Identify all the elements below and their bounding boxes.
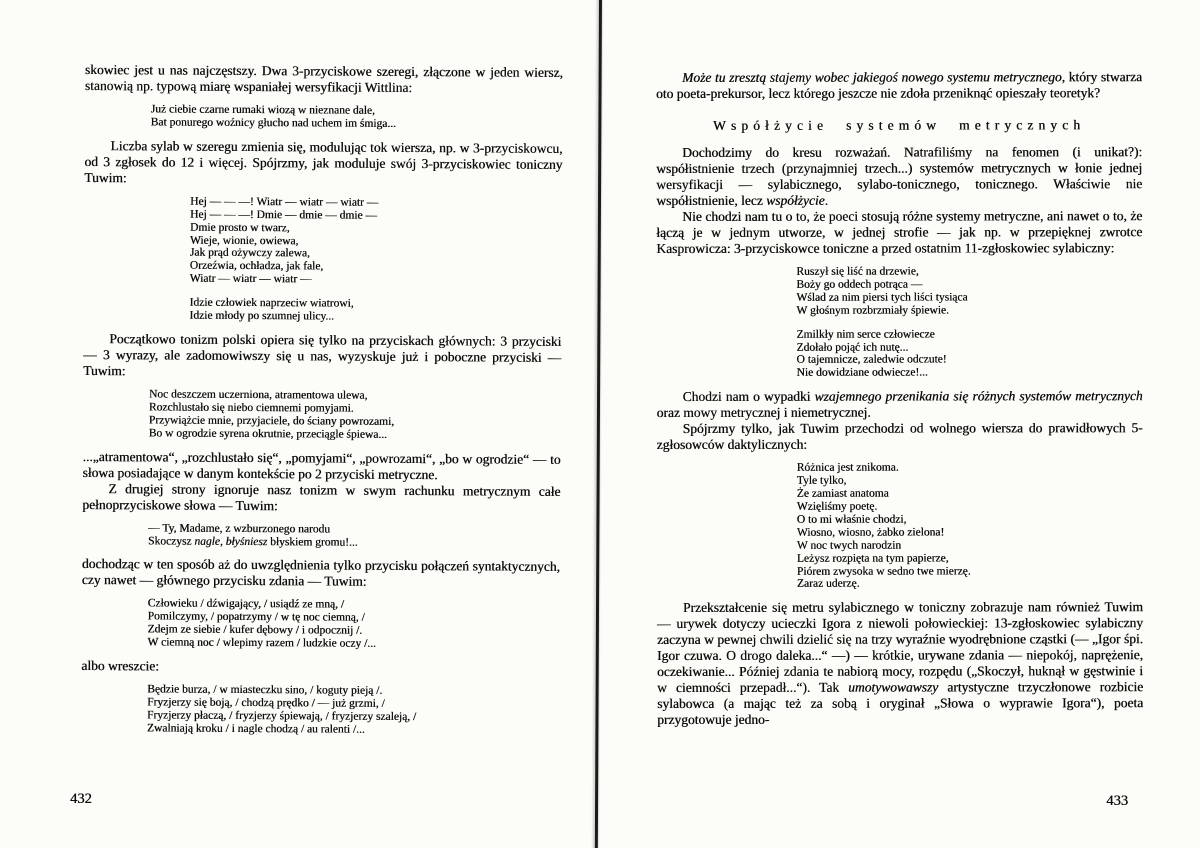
- text-run: — Ty, Madame, z wzburzonego narodu: [148, 522, 330, 535]
- paragraph: Spójrzmy tylko, jak Tuwim przechodzi od …: [657, 420, 1143, 453]
- paragraph: albo wreszcie:: [81, 658, 559, 677]
- text-run: O tajemnicze, zaledwie odczute!: [796, 354, 946, 366]
- text-run: Wiatr — wiatr — wiatr —: [190, 273, 312, 286]
- paragraph: skowiec jest u nas najczęstszy. Dwa 3-pr…: [85, 62, 563, 97]
- text-run: .: [825, 193, 828, 208]
- text-run: Ruszył się liść na drzewie,: [796, 266, 918, 278]
- text-run: Różnica jest znikoma.: [797, 462, 899, 474]
- text-run: Będzie burza, / w miasteczku sino, / kog…: [147, 683, 382, 696]
- book-spread: skowiec jest u nas najczęstszy. Dwa 3-pr…: [0, 0, 1200, 848]
- text-run: Tyle tylko,: [797, 475, 847, 487]
- verse-line: Wzięliśmy poetę.: [797, 500, 1143, 514]
- text-run: Skoczysz: [148, 535, 194, 547]
- text-run: Zdejm ze siebie / kufer dębowy / i odpoc…: [147, 624, 362, 637]
- text-run: Chodzi nam o wypadki: [683, 389, 815, 404]
- paragraph: Z drugiej strony ignoruje nasz tonizm w …: [82, 481, 560, 516]
- paragraph: Początkowo tonizm polski opiera się tylk…: [83, 331, 561, 382]
- text-run: Początkowo tonizm polski opiera się tylk…: [83, 331, 561, 378]
- text-run: oraz mowy metrycznej i niemetrycznej.: [657, 405, 871, 420]
- verse-line: W głośnym rozbrzmiały śpiewie.: [796, 304, 1142, 318]
- text-run: Zaraz uderzę.: [797, 578, 860, 590]
- verse-line: Skoczysz nagle, błyśniesz błyskiem gromu…: [148, 535, 560, 550]
- verse-block: Noc deszczem uczerniona, atramentowa ule…: [149, 388, 561, 442]
- verse-line: Wiatr — wiatr — wiatr —: [190, 273, 562, 288]
- verse-line: Nie dowidziane odwiecze!...: [797, 366, 1143, 380]
- verse-block: Różnica jest znikoma.Tyle tylko,Że zamia…: [797, 461, 1143, 591]
- text-run: Wiosno, wiosno, żabko zielona!: [797, 526, 944, 538]
- text-run: Zdołało pojąć ich nutę...: [796, 341, 908, 353]
- text-run: Leżysz rozpięta na tym papierze,: [797, 552, 949, 564]
- text-run: W głośnym rozbrzmiały śpiewie.: [796, 304, 948, 316]
- italic-text: umotywowawszy: [848, 680, 938, 695]
- text-run: Fryzjerzy się boją, / chodzą prędko / — …: [147, 696, 385, 709]
- text-run: Zmilkły nim serce człowiecze: [796, 328, 934, 340]
- verse-block: Ruszył się liść na drzewie,Boży go oddec…: [796, 265, 1142, 380]
- page-number-right: 433: [1106, 793, 1128, 810]
- page-right-text-column: Może tu zresztą stajemy wobec jakiegoś n…: [656, 69, 1143, 728]
- verse-line: W ciemną noc / wlepimy razem / ludzkie o…: [147, 637, 559, 652]
- verse-line: Zaraz uderzę.: [797, 578, 1143, 592]
- italic-text: współżycie: [766, 193, 825, 208]
- text-run: Liczba sylab w szeregu zmienia się, modu…: [84, 138, 562, 185]
- verse-line: O to mi właśnie chodzi,: [797, 513, 1143, 527]
- text-run: Nie dowidziane odwiecze!...: [797, 367, 928, 379]
- text-run: O to mi właśnie chodzi,: [797, 513, 907, 525]
- verse-line: Wślad za nim piersi tych liści tysiąca: [796, 291, 1142, 305]
- text-run: W noc twych narodzin: [797, 539, 901, 551]
- verse-block: Już ciebie czarne rumaki wiozą w nieznan…: [151, 103, 563, 131]
- text-run: Wieje, wionie, owiewa,: [190, 234, 299, 247]
- page-right: Może tu zresztą stajemy wobec jakiegoś n…: [602, 0, 1200, 848]
- text-run: Fryzjerzy płaczą, / fryzjerzy śpiewają, …: [147, 709, 416, 723]
- text-run: ...„atramentowa“, „rozchlustało się“, „p…: [82, 449, 560, 482]
- verse-block: Człowieku / dźwigający, / usiądź ze mną,…: [147, 598, 559, 652]
- paragraph: ...„atramentowa“, „rozchlustało się“, „p…: [82, 449, 560, 484]
- verse-line: Leżysz rozpięta na tym papierze,: [797, 552, 1143, 566]
- text-run: Idzie człowiek naprzeciw wiatrowi,: [189, 297, 353, 310]
- verse-line: Bat ponurego woźnicy głucho nad uchem im…: [151, 116, 563, 131]
- verse-line: Zdołało pojąć ich nutę...: [796, 341, 1142, 355]
- text-run: Noc deszczem uczerniona, atramentowa ule…: [149, 388, 367, 401]
- paragraph: Dochodzimy do kresu rozważań. Natrafiliś…: [656, 144, 1142, 209]
- text-run: Pomilczymy, / popatrzymy / w tę noc ciem…: [148, 611, 365, 624]
- text-run: Wślad za nim piersi tych liści tysiąca: [796, 291, 967, 303]
- page-left-text-column: skowiec jest u nas najczęstszy. Dwa 3-pr…: [81, 62, 563, 747]
- text-run: Rozchlustało się niebo ciemnemi pomyjami…: [149, 401, 354, 414]
- text-run: Hej — — —! Wiatr — wiatr — wiatr —: [190, 195, 378, 208]
- text-run: albo wreszcie:: [81, 658, 159, 673]
- text-run: Nie chodzi nam tu o to, że poeci stosują…: [656, 208, 1142, 256]
- text-run: Idzie młody po szumnej ulicy...: [189, 310, 334, 323]
- verse-stanza-gap: [796, 317, 1142, 329]
- page-left: skowiec jest u nas najczęstszy. Dwa 3-pr…: [0, 0, 600, 848]
- paragraph: Chodzi nam o wypadki wzajemnego przenika…: [657, 388, 1143, 421]
- text-run: Dmie prosto w twarz,: [190, 221, 290, 234]
- verse-line: W noc twych narodzin: [797, 539, 1143, 553]
- text-run: Przywiążcie mnie, przyjaciele, do ściany…: [149, 414, 394, 427]
- text-run: dochodząc w ten sposób aż do uwzględnien…: [82, 556, 560, 589]
- text-run: Hej — — —! Dmie — dmie — dmie —: [190, 208, 377, 221]
- verse-line: Różnica jest znikoma.: [797, 461, 1143, 475]
- text-run: Wzięliśmy poetę.: [797, 501, 878, 513]
- paragraph: Nie chodzi nam tu o to, że poeci stosują…: [656, 208, 1142, 257]
- italic-text: Może tu zresztą stajemy wobec jakiegoś n…: [682, 69, 1062, 85]
- verse-line: Boży go oddech potrąca —: [796, 278, 1142, 292]
- text-run: W ciemną noc / wlepimy razem / ludzkie o…: [147, 637, 376, 650]
- text-run: błyskiem gromu!...: [267, 536, 357, 549]
- italic-text: wzajemnego przenikania się różnych syste…: [815, 388, 1143, 404]
- italic-text: nagle, błyśniesz: [194, 535, 267, 547]
- paragraph: dochodząc w ten sposób aż do uwzględnien…: [82, 556, 560, 591]
- text-run: Że zamiast anatoma: [797, 488, 889, 500]
- verse-line: Zwalniają kroku / i nagle chodzą / au ra…: [147, 722, 559, 737]
- text-run: Boży go oddech potrąca —: [796, 278, 922, 290]
- section-heading: Współżycie systemów metrycznych: [656, 117, 1142, 134]
- verse-line: Tyle tylko,: [797, 474, 1143, 488]
- text-run: Piórem zwysoka w sedno twe mierzę.: [797, 565, 971, 577]
- verse-line: O tajemnicze, zaledwie odczute!: [796, 354, 1142, 368]
- verse-line: Zmilkły nim serce człowiecze: [796, 328, 1142, 342]
- text-run: Człowieku / dźwigający, / usiądź ze mną,…: [148, 598, 344, 611]
- paragraph: Przekształcenie się metru sylabicznego w…: [657, 599, 1143, 728]
- text-run: Orzeźwia, ochładza, jak fale,: [190, 260, 324, 273]
- text-run: Jak prąd ożywczy zalewa,: [190, 247, 310, 260]
- text-run: Z drugiej strony ignoruje nasz tonizm w …: [82, 481, 560, 513]
- verse-block: Hej — — —! Wiatr — wiatr — wiatr —Hej — …: [189, 195, 562, 324]
- verse-block: Będzie burza, / w miasteczku sino, / kog…: [147, 683, 559, 737]
- text-run: Bat ponurego woźnicy głucho nad uchem im…: [151, 116, 396, 129]
- verse-line: Bo w ogrodzie syrena okrutnie, przeciągl…: [149, 427, 561, 442]
- verse-line: Idzie młody po szumnej ulicy...: [189, 310, 561, 325]
- paragraph: Może tu zresztą stajemy wobec jakiegoś n…: [656, 69, 1142, 102]
- verse-block: — Ty, Madame, z wzburzonego naroduSkoczy…: [148, 522, 560, 550]
- verse-line: Ruszył się liść na drzewie,: [796, 265, 1142, 279]
- text-run: skowiec jest u nas najczęstszy. Dwa 3-pr…: [85, 62, 563, 95]
- page-number-left: 432: [70, 791, 92, 808]
- text-run: Zwalniają kroku / i nagle chodzą / au ra…: [147, 722, 365, 735]
- text-run: Spójrzmy tylko, jak Tuwim przechodzi od …: [657, 420, 1143, 452]
- text-run: Dochodzimy do kresu rozważań. Natrafiliś…: [656, 144, 1142, 208]
- verse-line: Wiosno, wiosno, żabko zielona!: [797, 526, 1143, 540]
- verse-line: Że zamiast anatoma: [797, 487, 1143, 501]
- paragraph: Liczba sylab w szeregu zmienia się, modu…: [84, 138, 562, 189]
- text-run: Już ciebie czarne rumaki wiozą w nieznan…: [151, 103, 375, 116]
- text-run: Bo w ogrodzie syrena okrutnie, przeciągl…: [149, 427, 387, 440]
- verse-line: Piórem zwysoka w sedno twe mierzę.: [797, 565, 1143, 579]
